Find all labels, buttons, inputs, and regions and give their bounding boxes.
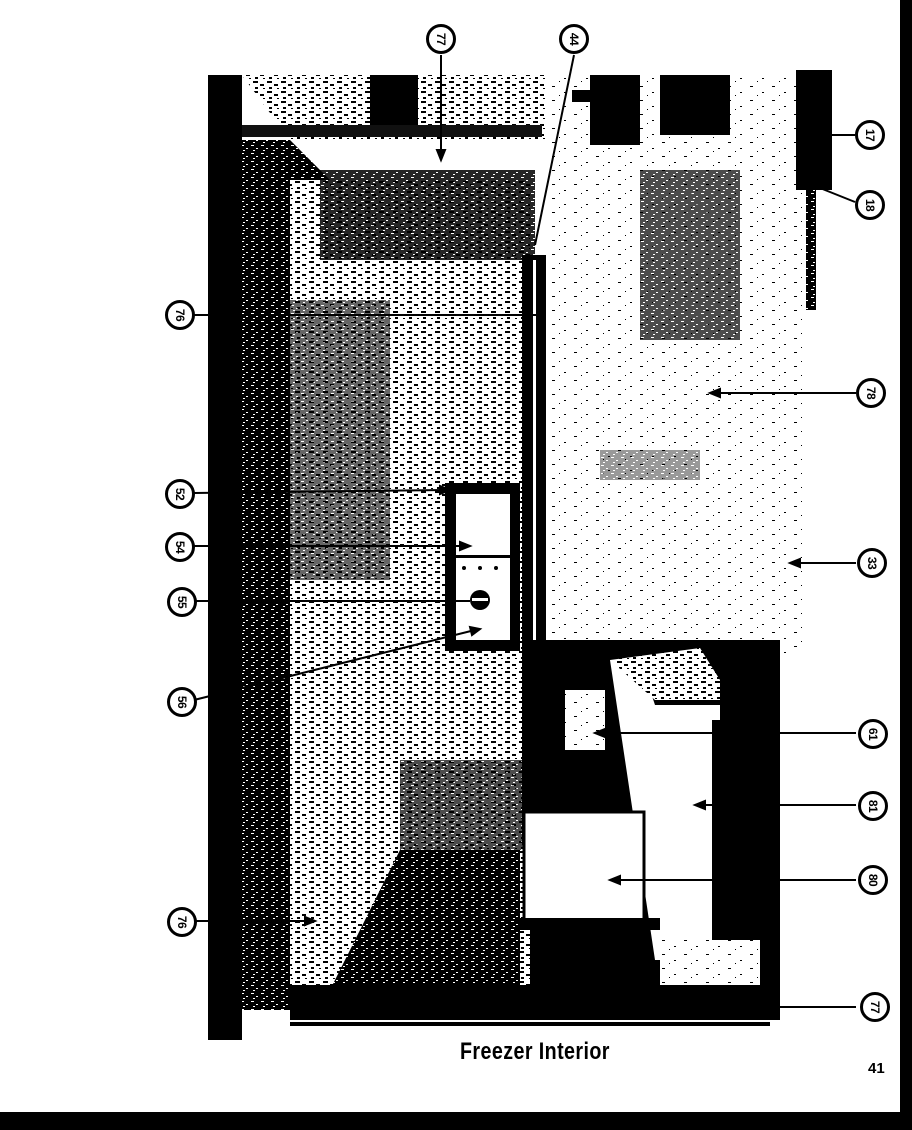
- callout-77-bottom: 77: [860, 992, 890, 1022]
- callout-label: 17: [863, 129, 877, 141]
- callout-54: 54: [165, 532, 195, 562]
- callout-label: 81: [866, 800, 880, 812]
- callout-81: 81: [858, 791, 888, 821]
- page-number: 41: [868, 1060, 885, 1077]
- callout-label: 44: [567, 33, 581, 45]
- callout-label: 18: [863, 199, 877, 211]
- callout-52: 52: [165, 479, 195, 509]
- callout-label: 78: [864, 387, 878, 399]
- callout-55: 55: [167, 587, 197, 617]
- callout-80: 80: [858, 865, 888, 895]
- floor-strip: [290, 985, 780, 1020]
- freezer-interior-photo: [0, 0, 912, 1130]
- figure-caption: Freezer Interior: [460, 1038, 610, 1066]
- callout-label: 76: [175, 916, 189, 928]
- callout-17: 17: [855, 120, 885, 150]
- right-edge-strip: [796, 70, 832, 190]
- callout-label: 77: [434, 33, 448, 45]
- callout-label: 54: [173, 541, 187, 553]
- ice-tray: [524, 812, 644, 922]
- callout-18: 18: [855, 190, 885, 220]
- scan-border-right: [900, 0, 912, 1130]
- callout-label: 56: [175, 696, 189, 708]
- callout-label: 55: [175, 596, 189, 608]
- callout-78: 78: [856, 378, 886, 408]
- callout-label: 77: [868, 1001, 882, 1013]
- callout-label: 80: [866, 874, 880, 886]
- callout-76-upper: 76: [165, 300, 195, 330]
- callout-label: 76: [173, 309, 187, 321]
- callout-61: 61: [858, 719, 888, 749]
- frame-left-bar: [208, 75, 242, 1040]
- scan-border-bottom: [0, 1112, 912, 1130]
- callout-label: 61: [866, 728, 880, 740]
- callout-label: 52: [173, 488, 187, 500]
- callout-label: 33: [865, 557, 879, 569]
- back-wall-right: [546, 75, 806, 655]
- callout-56: 56: [167, 687, 197, 717]
- callout-33: 33: [857, 548, 887, 578]
- callout-76-lower: 76: [167, 907, 197, 937]
- callout-77-top: 77: [426, 24, 456, 54]
- callout-44: 44: [559, 24, 589, 54]
